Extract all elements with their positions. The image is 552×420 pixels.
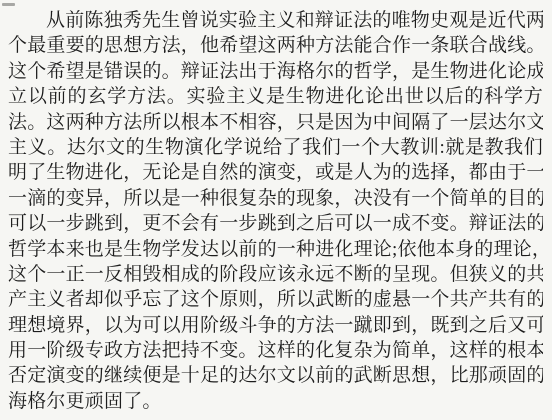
text-line: 理想境界，以为可以用阶级斗争的方法一蹴即到，既到之后又可以 (8, 313, 543, 338)
text-line: 从前陈独秀先生曾说实验主义和辩证法的唯物史观是近代两 (8, 8, 543, 33)
text-line: 海格尔更顽固了。 (8, 389, 543, 414)
text-line: 这个一正一反相毁相成的阶段应该永远不断的呈现。但狭义的共 (8, 262, 543, 287)
text-line: 一滴的变异，所以是一种很复杂的现象，决没有一个简单的目的地 (8, 186, 543, 211)
scan-artifact-smudge (2, 3, 15, 6)
text-line: 法。这两种方法所以根本不相容，只是因为中间隔了一层达尔文 (8, 110, 543, 135)
text-line: 这个希望是错误的。辩证法出于海格尔的哲学，是生物进化论成 (8, 59, 543, 84)
text-line: 个最重要的思想方法，他希望这两种方法能合作一条联合战线。 (8, 33, 543, 58)
text-line: 主义。达尔文的生物演化学说给了我们一个大教训:就是教我们 (8, 135, 543, 160)
text-line: 用一阶级专政方法把持不变。这样的化复杂为简单，这样的根本 (8, 338, 543, 363)
text-line: 否定演变的继续便是十足的达尔文以前的武断思想，比那顽固的 (8, 363, 543, 388)
text-line: 哲学本来也是生物学发达以前的一种进化理论;依他本身的理论， (8, 237, 543, 262)
scanned-page: 从前陈独秀先生曾说实验主义和辩证法的唯物史观是近代两 个最重要的思想方法，他希望… (0, 0, 552, 420)
text-line: 明了生物进化，无论是自然的演变，或是人为的选择，都由于一点 (8, 160, 543, 185)
text-line: 可以一步跳到，更不会有一步跳到之后可以一成不变。辩证法的 (8, 211, 543, 236)
text-line: 立以前的玄学方法。实验主义是生物进化论出世以后的科学方 (8, 84, 543, 109)
text-line: 产主义者却似乎忘了这个原则，所以武断的虚悬一个共产共有的 (8, 287, 543, 312)
